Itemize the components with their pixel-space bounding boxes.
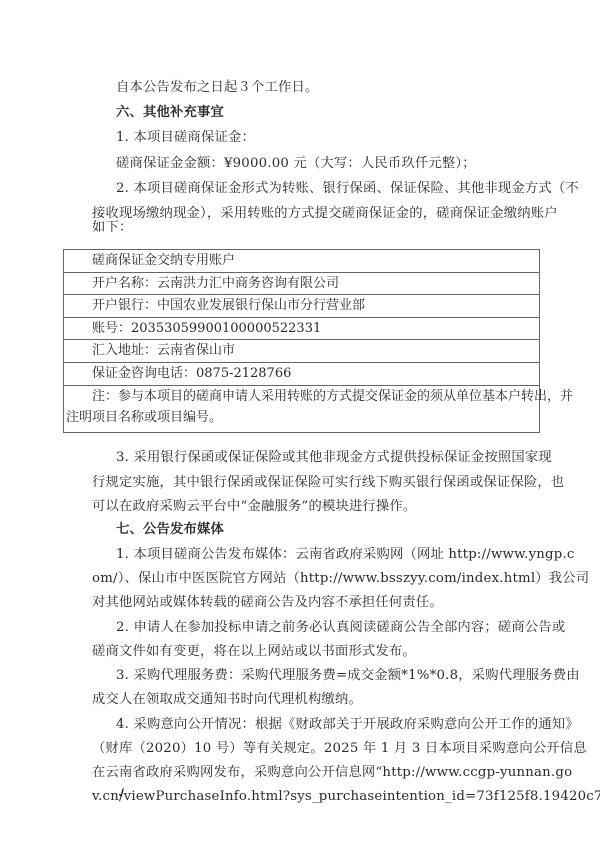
section-heading-seven: 七、公告发布媒体 [116,521,542,539]
paragraph-line: 在云南省政府采购网发布，采购意向公开信息网“http://www.ccgp-yu… [92,764,542,782]
paragraph-line: 如下： [92,219,542,237]
paragraph-line: 磋商文件如有变更，将在以上网站或以书面形式发布。 [92,643,542,661]
table-row: 保证金咨询电话：0875-2128766 [64,363,539,386]
paragraph-line: om/）、保山市中医医院官方网站（http://www.bsszyy.com/i… [92,570,542,588]
paragraph-line: 3. 采用银行保函或保证保险或其他非现金方式提供投标保证金按照国家现 [116,449,542,467]
paragraph-line: 2. 申请人在参加投标申请之前务必认真阅读磋商公告全部内容；磋商公告或 [116,619,542,637]
table-row: 开户银行：中国农业发展银行保山市分行营业部 [64,295,539,318]
note-line: 注：参与本项目的磋商申请人采用转账的方式提交保证金的须从单位基本户转出，并 [64,386,539,407]
table-row: 汇入地址：云南省保山市 [64,340,539,363]
paragraph-line: 对其他网站或媒体转载的磋商公告及内容不承担任何责任。 [92,594,542,612]
table-row: 磋商保证金交纳专用账户 [64,250,539,273]
section-heading-six: 六、其他补充事宜 [116,104,542,122]
deposit-account-table: 磋商保证金交纳专用账户 开户名称：云南洪力汇中商务咨询有限公司 开户银行：中国农… [63,249,540,433]
table-note-row: 注：参与本项目的磋商申请人采用转账的方式提交保证金的须从单位基本户转出，并 注明… [64,386,539,432]
paragraph-line: 1. 本项目磋商公告发布媒体：云南省政府采购网（网址 http://www.yn… [116,546,542,564]
paragraph-line: 4. 采购意向公开情况：根据《财政部关于开展政府采购意向公开工作的通知》 [116,716,542,734]
paragraph-line: 3. 采购代理服务费：采购代理服务费=成交金额*1%*0.8，采购代理服务费由 [116,667,542,685]
paragraph-line: 行规定实施，其中银行保函或保证保险可实行线下购买银行保函或保证保险，也 [92,474,542,492]
paragraph-line: v.cn/viewPurchaseInfo.html?sys_purchasei… [92,788,542,806]
note-line: 注明项目名称或项目编号。 [64,407,539,428]
table-row: 开户名称：云南洪力汇中商务咨询有限公司 [64,273,539,296]
paragraph-line: 磋商保证金金额：¥9000.00 元（大写：人民币玖仟元整）； [116,155,542,173]
paragraph-line: 成交人在领取成交通知书时向代理机构缴纳。 [92,691,542,709]
paragraph-line: 2. 本项目磋商保证金形式为转账、银行保函、保证保险、其他非现金方式（不 [116,180,542,198]
paragraph-line: （财库（2020）10 号）等有关规定。2025 年 1 月 3 日本项目采购意… [92,740,542,758]
document-page: 自本公告发布之日起３个工作日。 六、其他补充事宜 1. 本项目磋商保证金： 磋商… [0,0,600,850]
table-row: 账号：20353059900100000522331 [64,318,539,341]
paragraph-line: 1. 本项目磋商保证金： [116,129,542,147]
paragraph-line: 自本公告发布之日起３个工作日。 [116,79,542,97]
paragraph-line: 可以在政府采购云平台中“金融服务”的模块进行操作。 [92,498,542,516]
